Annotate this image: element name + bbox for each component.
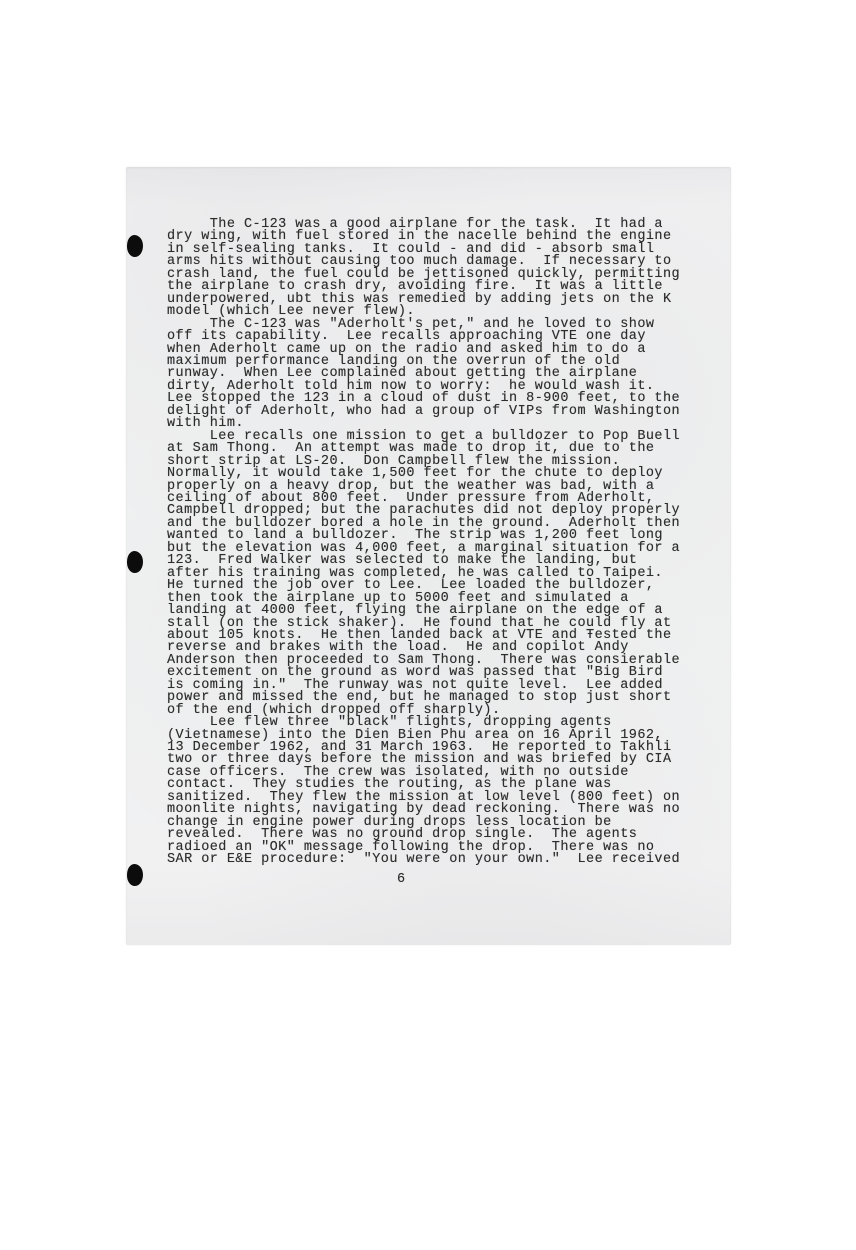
hole-punch	[127, 235, 143, 257]
hole-punch	[127, 864, 143, 886]
document-text: The C-123 was a good airplane for the ta…	[167, 219, 680, 867]
hole-punch	[127, 551, 143, 573]
paragraph-2: The C-123 was "Aderholt's pet," and he l…	[167, 319, 680, 431]
paragraph-3: Lee recalls one mission to get a bulldoz…	[167, 431, 680, 717]
paragraph-1: The C-123 was a good airplane for the ta…	[167, 219, 680, 319]
page-number: 6	[397, 873, 405, 886]
paragraph-4: Lee flew three "black" flights, dropping…	[167, 717, 680, 866]
scanned-page: The C-123 was a good airplane for the ta…	[126, 167, 731, 945]
scan-background: { "page": { "page_number": "6", "paragra…	[0, 0, 856, 1250]
